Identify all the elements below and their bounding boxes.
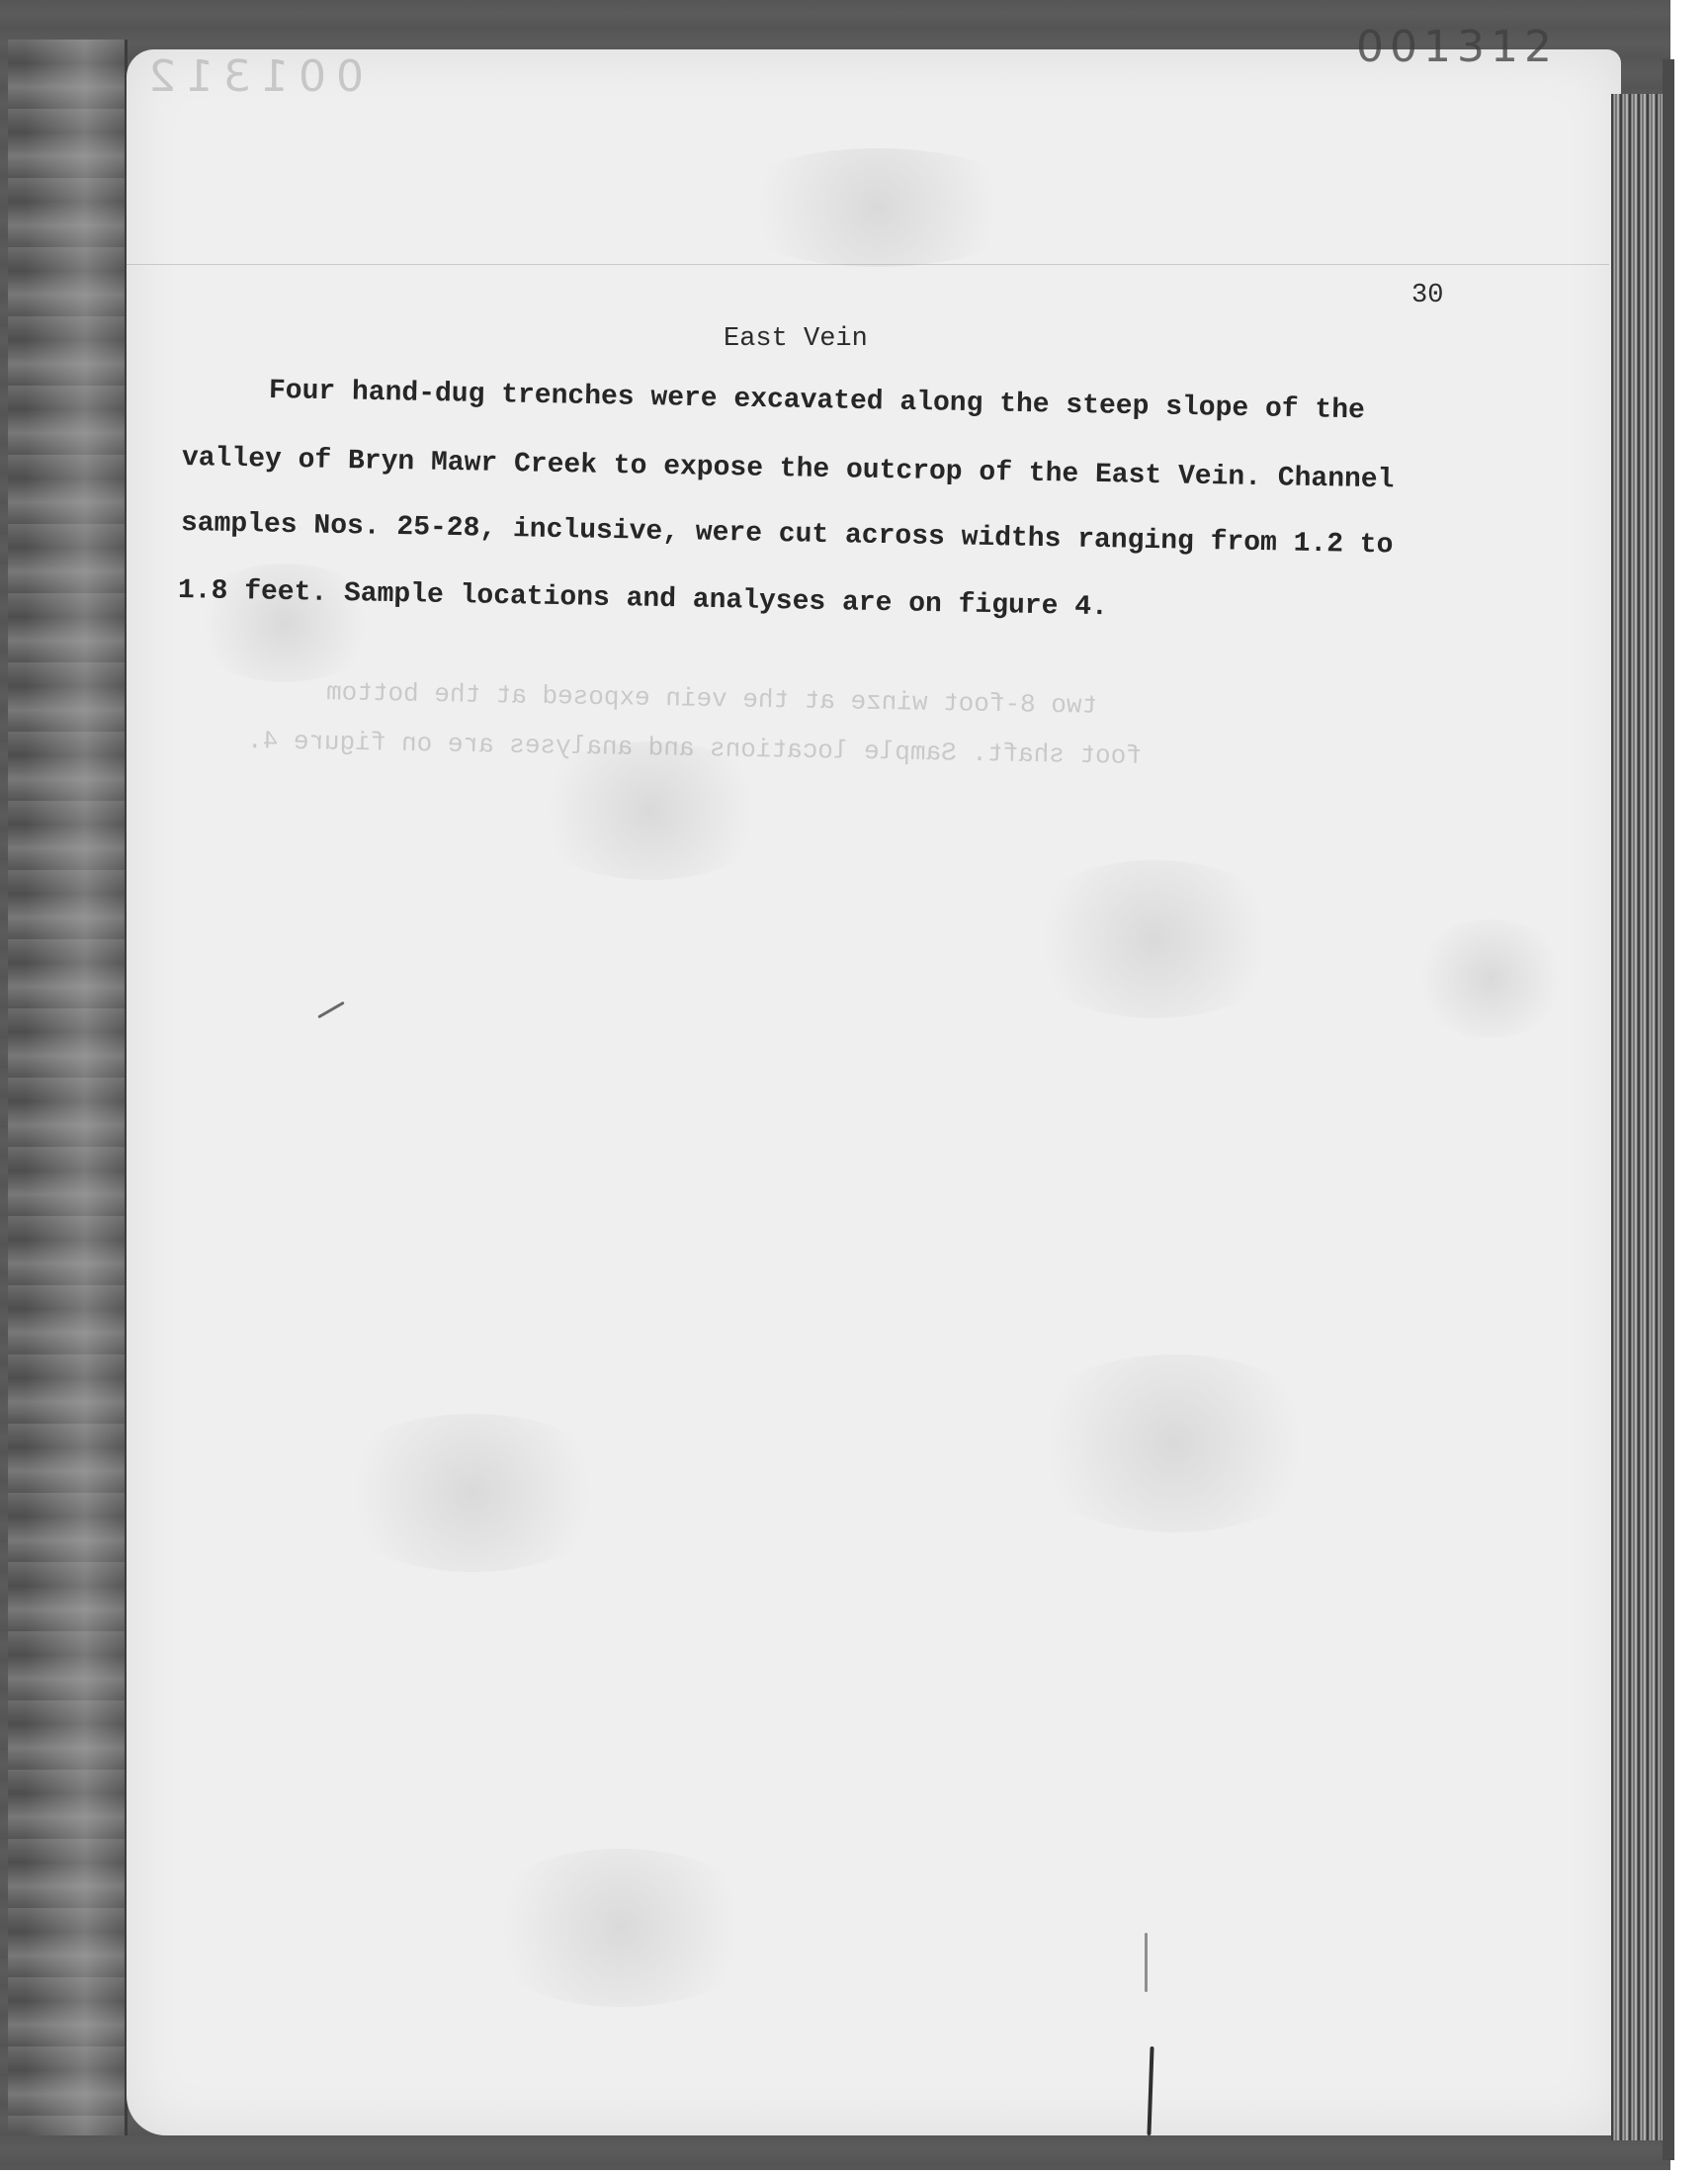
paper-page <box>127 49 1621 2135</box>
gutter-shadow <box>26 40 125 2135</box>
photocopy-smudge <box>1016 860 1293 1018</box>
document-stamp-number: 001312 <box>1356 22 1558 72</box>
scanned-page: 001312 001312 30 East Vein Four hand-dug… <box>0 0 1708 2175</box>
page-number: 30 <box>1411 281 1443 310</box>
photocopy-smudge <box>472 1849 769 2007</box>
photocopy-smudge <box>324 1414 621 1572</box>
faint-scan-line <box>127 264 1609 265</box>
photocopy-smudge <box>720 148 1036 267</box>
stamp-bleed-through: 001312 <box>138 51 364 102</box>
section-heading: East Vein <box>724 324 868 354</box>
stacked-page-edges <box>1611 94 1663 2140</box>
photocopy-smudge <box>1411 919 1570 1038</box>
pen-mark <box>1145 1933 1148 1992</box>
page-edge-shadow <box>1663 59 1674 2160</box>
photocopy-smudge <box>1016 1354 1332 1532</box>
